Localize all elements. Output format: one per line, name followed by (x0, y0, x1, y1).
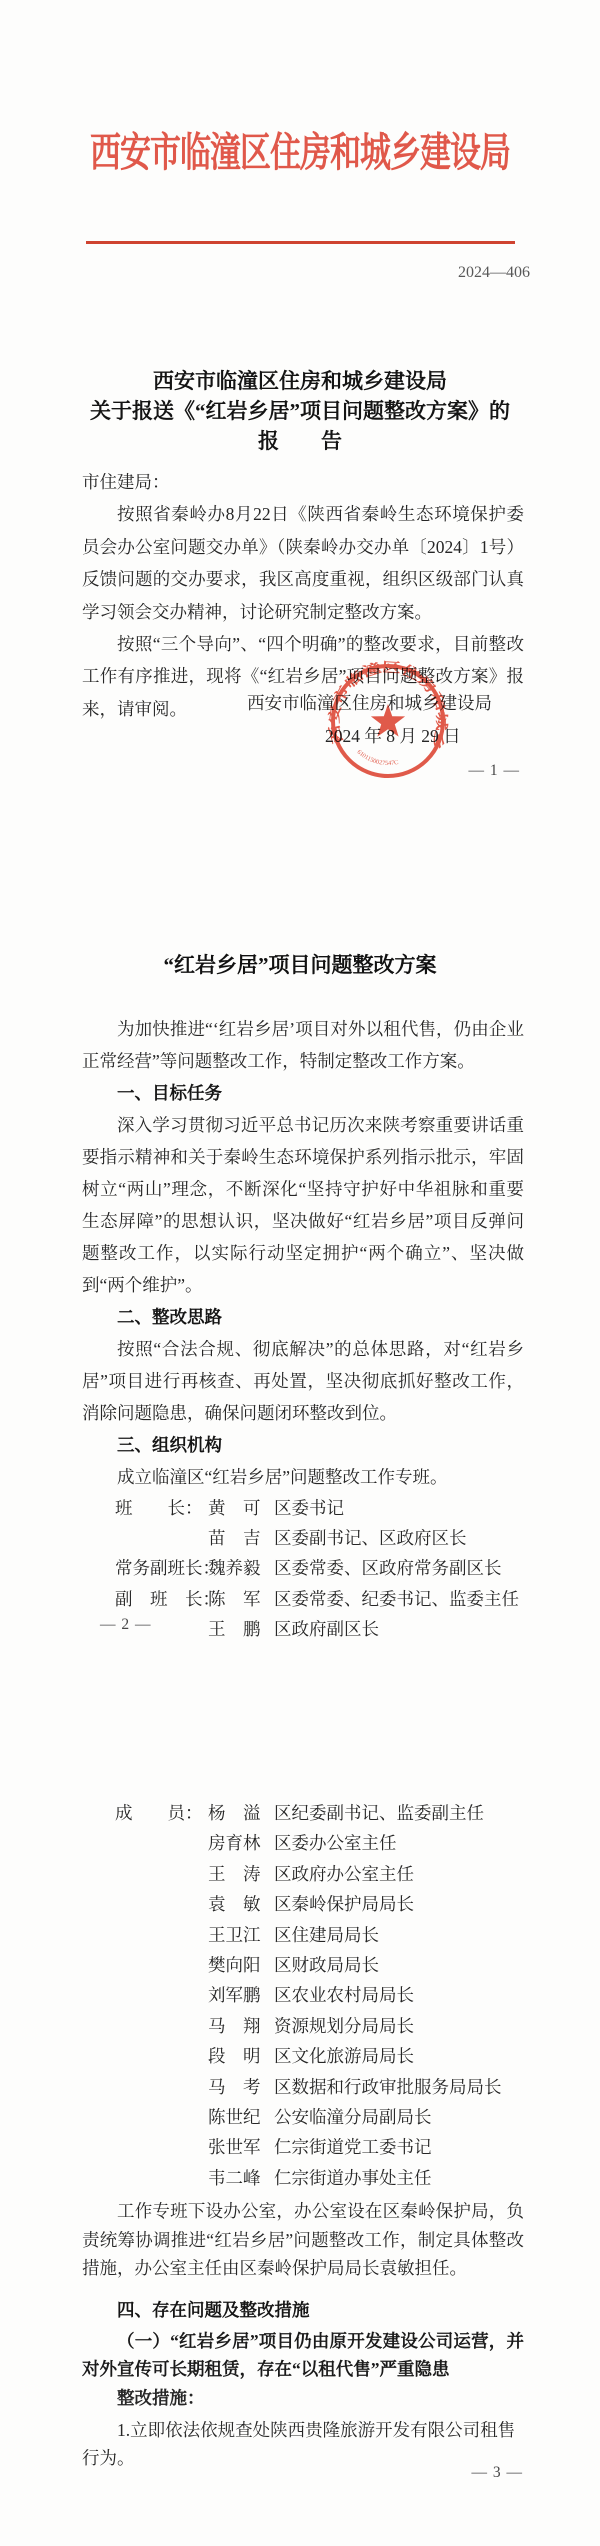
roster-role: 副 班 长： (115, 1584, 208, 1614)
roster-row: 房育林 区委办公室主任 (82, 1828, 524, 1858)
roster-row: 张世军 仁宗街道党工委书记 (82, 2132, 524, 2162)
section-heading-4: 四、存在问题及整改措施 (82, 2295, 524, 2325)
letterhead-title: 西安市临潼区住房和城乡建设局 (0, 130, 600, 176)
measure-item-1: 1.立即依法依规查处陕西贵隆旅游开发有限公司租售行为。 (82, 2416, 524, 2473)
paragraph: 为加快推进“‘红岩乡居’项目对外以租代售，仍由企业正常经营”等问题整改工作，特制… (82, 1013, 524, 1077)
roster-name: 房育林 (208, 1828, 274, 1858)
roster-post: 区农业农村局局长 (274, 1980, 524, 2010)
paragraph: 成立临潼区“红岩乡居”问题整改工作专班。 (82, 1461, 524, 1493)
roster-row: 刘军鹏 区农业农村局局长 (82, 1980, 524, 2010)
measures-label: 整改措施： (82, 2384, 524, 2412)
roster-role (115, 1859, 208, 1889)
roster-name: 黄 可 (208, 1493, 274, 1523)
roster-role (115, 1980, 208, 2010)
roster-role (115, 1889, 208, 1919)
page-number-2: — 2 — (100, 1616, 152, 1634)
page2-body: 为加快推进“‘红岩乡居’项目对外以租代售，仍由企业正常经营”等问题整改工作，特制… (82, 1013, 524, 1644)
roster-row: 常务副班长： 魏养毅 区委常委、区政府常务副区长 (82, 1553, 524, 1583)
roster-post: 区委书记 (274, 1493, 524, 1523)
roster-role (115, 2163, 208, 2193)
roster-post: 区文化旅游局局长 (274, 2041, 524, 2071)
roster-post: 区委办公室主任 (274, 1828, 524, 1858)
letterhead-divider-rule (86, 241, 515, 244)
seal-serial-number: 6101150027547C (356, 749, 399, 767)
official-seal: 西安市临潼区住房和城乡建设局 6101150027547C (327, 660, 449, 782)
roster-role (115, 1828, 208, 1858)
roster-role (115, 1920, 208, 1950)
roster-name: 王 鹏 (208, 1614, 274, 1644)
roster-post: 资源规划分局局长 (274, 2011, 524, 2041)
roster-name: 马 考 (208, 2072, 274, 2102)
roster-row: 樊向阳 区财政局局长 (82, 1950, 524, 1980)
page-number-3: — 3 — (472, 2464, 524, 2482)
roster-row: 段 明 区文化旅游局局长 (82, 2041, 524, 2071)
roster-post: 仁宗街道办事处主任 (274, 2163, 524, 2193)
roster-row: 袁 敏 区秦岭保护局局长 (82, 1889, 524, 1919)
document-title-line3: 报 告 (0, 426, 600, 456)
document-title-line2: 关于报送《“红岩乡居”项目问题整改方案》的 (0, 396, 600, 426)
roster-row: 马 翔 资源规划分局局长 (82, 2011, 524, 2041)
roster-row: 苗 吉 区委副书记、区政府区长 (82, 1523, 524, 1553)
section-heading-1: 一、目标任务 (82, 1077, 524, 1109)
roster-name: 王卫江 (208, 1920, 274, 1950)
roster-post: 区委副书记、区政府区长 (274, 1523, 524, 1553)
roster-role (115, 1523, 208, 1553)
roster-post: 区数据和行政审批服务局局长 (274, 2072, 524, 2102)
roster-name: 陈 军 (208, 1584, 274, 1614)
roster-post: 区委常委、纪委书记、监委主任 (274, 1584, 524, 1614)
roster-row: 成 员： 杨 溢 区纪委副书记、监委副主任 (82, 1798, 524, 1828)
roster-name: 段 明 (208, 2041, 274, 2071)
roster-row: 班 长： 黄 可 区委书记 (82, 1493, 524, 1523)
roster-post: 区财政局局长 (274, 1950, 524, 1980)
roster-role (115, 2011, 208, 2041)
roster-role: 成 员： (115, 1798, 208, 1828)
roster-name: 杨 溢 (208, 1798, 274, 1828)
roster-post: 区政府副区长 (274, 1614, 524, 1644)
roster-post: 区委常委、区政府常务副区长 (274, 1553, 524, 1583)
roster-post: 区秦岭保护局局长 (274, 1889, 524, 1919)
document-number: 2024—406 (458, 264, 530, 282)
section-heading-2: 二、整改思路 (82, 1301, 524, 1333)
roster-post: 公安临潼分局副局长 (274, 2102, 524, 2132)
roster-name: 马 翔 (208, 2011, 274, 2041)
salutation: 市住建局： (82, 466, 524, 498)
roster-row: 陈世纪 公安临潼分局副局长 (82, 2102, 524, 2132)
roster-row: 王 涛 区政府办公室主任 (82, 1859, 524, 1889)
paragraph: 工作专班下设办公室，办公室设在区秦岭保护局，负责统筹协调推进“红岩乡居”问题整改… (82, 2197, 524, 2282)
scanned-official-document: { "colors": { "letterhead_red": "#e0584a… (0, 0, 600, 2546)
roster-name: 韦二峰 (208, 2163, 274, 2193)
paragraph: 按照省秦岭办8月22日《陕西省秦岭生态环境保护委员会办公室问题交办单》（陕秦岭办… (82, 498, 524, 628)
roster-post: 区纪委副书记、监委副主任 (274, 1798, 524, 1828)
roster-name: 魏养毅 (208, 1553, 274, 1583)
plan-title: “红岩乡居”项目问题整改方案 (0, 949, 600, 979)
roster-post: 区住建局局长 (274, 1920, 524, 1950)
roster-post: 仁宗街道党工委书记 (274, 2132, 524, 2162)
seal-star-icon (371, 704, 405, 737)
roster-name: 陈世纪 (208, 2102, 274, 2132)
page-number-1: — 1 — (469, 762, 521, 780)
document-title-line1: 西安市临潼区住房和城乡建设局 (0, 366, 600, 396)
roster-role: 常务副班长： (115, 1553, 208, 1583)
page3-body: 成 员： 杨 溢 区纪委副书记、监委副主任 房育林 区委办公室主任 王 涛 区政… (82, 1798, 524, 2473)
roster-name: 袁 敏 (208, 1889, 274, 1919)
problem-statement-1: （一）“红岩乡居”项目仍由原开发建设公司运营，并对外宣传可长期租赁，存在“以租代… (82, 2327, 524, 2384)
letterhead-text: 西安市临潼区住房和城乡建设局 (90, 123, 510, 183)
roster-post: 区政府办公室主任 (274, 1859, 524, 1889)
document-title: 西安市临潼区住房和城乡建设局 关于报送《“红岩乡居”项目问题整改方案》的 报 告 (0, 366, 600, 456)
roster-name: 樊向阳 (208, 1950, 274, 1980)
paragraph: 深入学习贯彻习近平总书记历次来陕考察重要讲话重要指示精神和关于秦岭生态环境保护系… (82, 1109, 524, 1301)
roster-role (115, 2102, 208, 2132)
page1-body: 市住建局： 按照省秦岭办8月22日《陕西省秦岭生态环境保护委员会办公室问题交办单… (82, 466, 524, 725)
roster-role (115, 2041, 208, 2071)
taskforce-members-roster: 成 员： 杨 溢 区纪委副书记、监委副主任 房育林 区委办公室主任 王 涛 区政… (82, 1798, 524, 2193)
roster-name: 王 涛 (208, 1859, 274, 1889)
roster-role (115, 2072, 208, 2102)
section-heading-3: 三、组织机构 (82, 1429, 524, 1461)
roster-row: 王卫江 区住建局局长 (82, 1920, 524, 1950)
roster-role: 班 长： (115, 1493, 208, 1523)
roster-name: 刘军鹏 (208, 1980, 274, 2010)
roster-role (115, 1950, 208, 1980)
roster-row: 韦二峰 仁宗街道办事处主任 (82, 2163, 524, 2193)
roster-row: 副 班 长： 陈 军 区委常委、纪委书记、监委主任 (82, 1584, 524, 1614)
roster-name: 苗 吉 (208, 1523, 274, 1553)
roster-name: 张世军 (208, 2132, 274, 2162)
roster-row: 马 考 区数据和行政审批服务局局长 (82, 2072, 524, 2102)
paragraph: 按照“合法合规、彻底解决”的总体思路，对“红岩乡居”项目进行再核查、再处置，坚决… (82, 1333, 524, 1429)
roster-role (115, 2132, 208, 2162)
